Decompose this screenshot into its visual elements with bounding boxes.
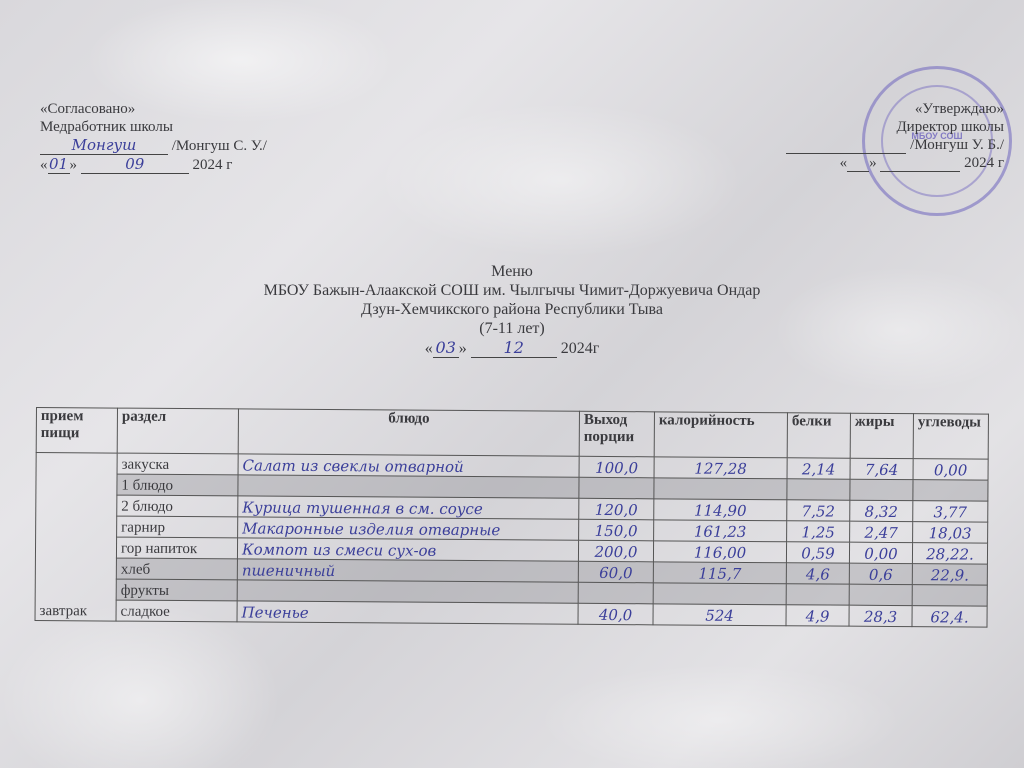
cell-output: 60,0 — [578, 561, 653, 583]
approval-right-heading: «Утверждаю» — [786, 100, 1004, 118]
cell-dish — [238, 475, 579, 498]
cell-calories: 116,00 — [653, 541, 786, 563]
title-day: 03 — [433, 338, 459, 358]
title-age: (7-11 лет) — [0, 319, 1024, 338]
cell-carbs: 18,03 — [913, 522, 988, 544]
title-menu: Меню — [0, 262, 1024, 281]
cell-protein: 4,9 — [786, 605, 849, 626]
cell-carbs: 62,4. — [912, 606, 987, 628]
cell-carbs: 28,22. — [912, 543, 987, 565]
cell-dish — [237, 580, 578, 603]
cell-fat: 7,64 — [850, 458, 913, 479]
cell-calories: 161,23 — [654, 520, 787, 542]
approval-right: «Утверждаю» Директор школы /Монгуш У. Б.… — [786, 100, 1004, 172]
cell-calories — [653, 583, 786, 605]
approval-left-role: Медработник школы — [40, 118, 267, 136]
approval-left-month: 09 — [81, 155, 189, 174]
cell-carbs — [913, 480, 988, 502]
approval-right-name: /Монгуш У. Б./ — [910, 137, 1004, 153]
title-month: 12 — [471, 338, 557, 358]
cell-output: 150,0 — [579, 519, 654, 541]
cell-section: 2 блюдо — [117, 495, 238, 517]
cell-dish: пшеничный — [237, 559, 578, 582]
cell-protein: 2,14 — [787, 458, 850, 479]
cell-protein: 0,59 — [786, 542, 849, 563]
approval-right-role: Директор школы — [786, 118, 1004, 136]
cell-protein: 1,25 — [787, 521, 850, 542]
cell-section: гор напиток — [116, 537, 237, 559]
title-year: 2024г — [561, 340, 600, 357]
cell-section: гарнир — [117, 516, 238, 538]
cell-output: 40,0 — [578, 603, 653, 625]
cell-fat: 0,6 — [849, 563, 912, 584]
header-section: раздел — [117, 408, 238, 454]
cell-section: сладкое — [116, 600, 237, 622]
cell-calories: 524 — [653, 604, 786, 626]
approval-left-heading: «Согласовано» — [40, 100, 267, 118]
header-carbs: углеводы — [913, 414, 988, 460]
cell-output — [579, 477, 654, 499]
title-school: МБОУ Бажын-Алаакской СОШ им. Чылгычы Чим… — [0, 281, 1024, 300]
cell-meal: завтрак — [35, 453, 117, 622]
header-protein: белки — [787, 413, 850, 458]
cell-section: фрукты — [116, 579, 237, 601]
cell-dish: Печенье — [237, 601, 578, 624]
cell-output: 200,0 — [578, 540, 653, 562]
approval-left-day: 01 — [48, 155, 70, 174]
header-output: Выход порции — [579, 411, 654, 457]
cell-fat: 2,47 — [850, 521, 913, 542]
header-calories: калорийность — [654, 412, 787, 458]
cell-fat: 28,3 — [849, 605, 912, 626]
approval-left-year: 2024 г — [193, 157, 233, 173]
approval-left: «Согласовано» Медработник школы Монгуш /… — [40, 100, 267, 174]
cell-calories: 114,90 — [654, 499, 787, 521]
cell-calories — [654, 478, 787, 500]
cell-protein — [787, 479, 850, 500]
approval-right-day — [847, 171, 869, 172]
approval-right-year: 2024 г — [964, 155, 1004, 171]
header-meal: прием пищи — [36, 408, 117, 454]
cell-section: хлеб — [116, 558, 237, 580]
approval-right-month — [880, 171, 960, 172]
cell-dish: Макаронные изделия отварные — [238, 517, 579, 540]
document-title: Меню МБОУ Бажын-Алаакской СОШ им. Чылгыч… — [0, 262, 1024, 358]
approval-left-signature: Монгуш — [40, 136, 168, 155]
cell-calories: 115,7 — [653, 562, 786, 584]
table-header-row: прием пищи раздел блюдо Выход порции кал… — [36, 408, 988, 460]
cell-section: 1 блюдо — [117, 474, 238, 496]
cell-output — [578, 582, 653, 604]
cell-carbs: 22,9. — [912, 564, 987, 586]
cell-output: 120,0 — [579, 498, 654, 520]
menu-table: прием пищи раздел блюдо Выход порции кал… — [35, 407, 989, 628]
cell-carbs: 3,77 — [913, 501, 988, 523]
cell-protein — [786, 584, 849, 605]
cell-output: 100,0 — [579, 456, 654, 478]
cell-protein: 7,52 — [787, 500, 850, 521]
cell-protein: 4,6 — [786, 563, 849, 584]
cell-calories: 127,28 — [654, 457, 787, 479]
header-dish: блюдо — [238, 409, 579, 456]
cell-dish: Компот из смеси сух-ов — [237, 538, 578, 561]
cell-dish: Салат из свеклы отварной — [238, 454, 579, 477]
cell-section: закуска — [117, 453, 238, 475]
cell-dish: Курица тушенная в см. соусе — [238, 496, 579, 519]
approval-left-name: /Монгуш С. У./ — [172, 138, 267, 154]
title-district: Дзун-Хемчикского района Республики Тыва — [0, 300, 1024, 319]
cell-fat: 0,00 — [849, 542, 912, 563]
cell-carbs: 0,00 — [913, 459, 988, 481]
header-fat: жиры — [850, 413, 913, 458]
cell-fat — [850, 479, 913, 500]
cell-fat: 8,32 — [850, 500, 913, 521]
cell-carbs — [912, 585, 987, 607]
cell-fat — [849, 584, 912, 605]
